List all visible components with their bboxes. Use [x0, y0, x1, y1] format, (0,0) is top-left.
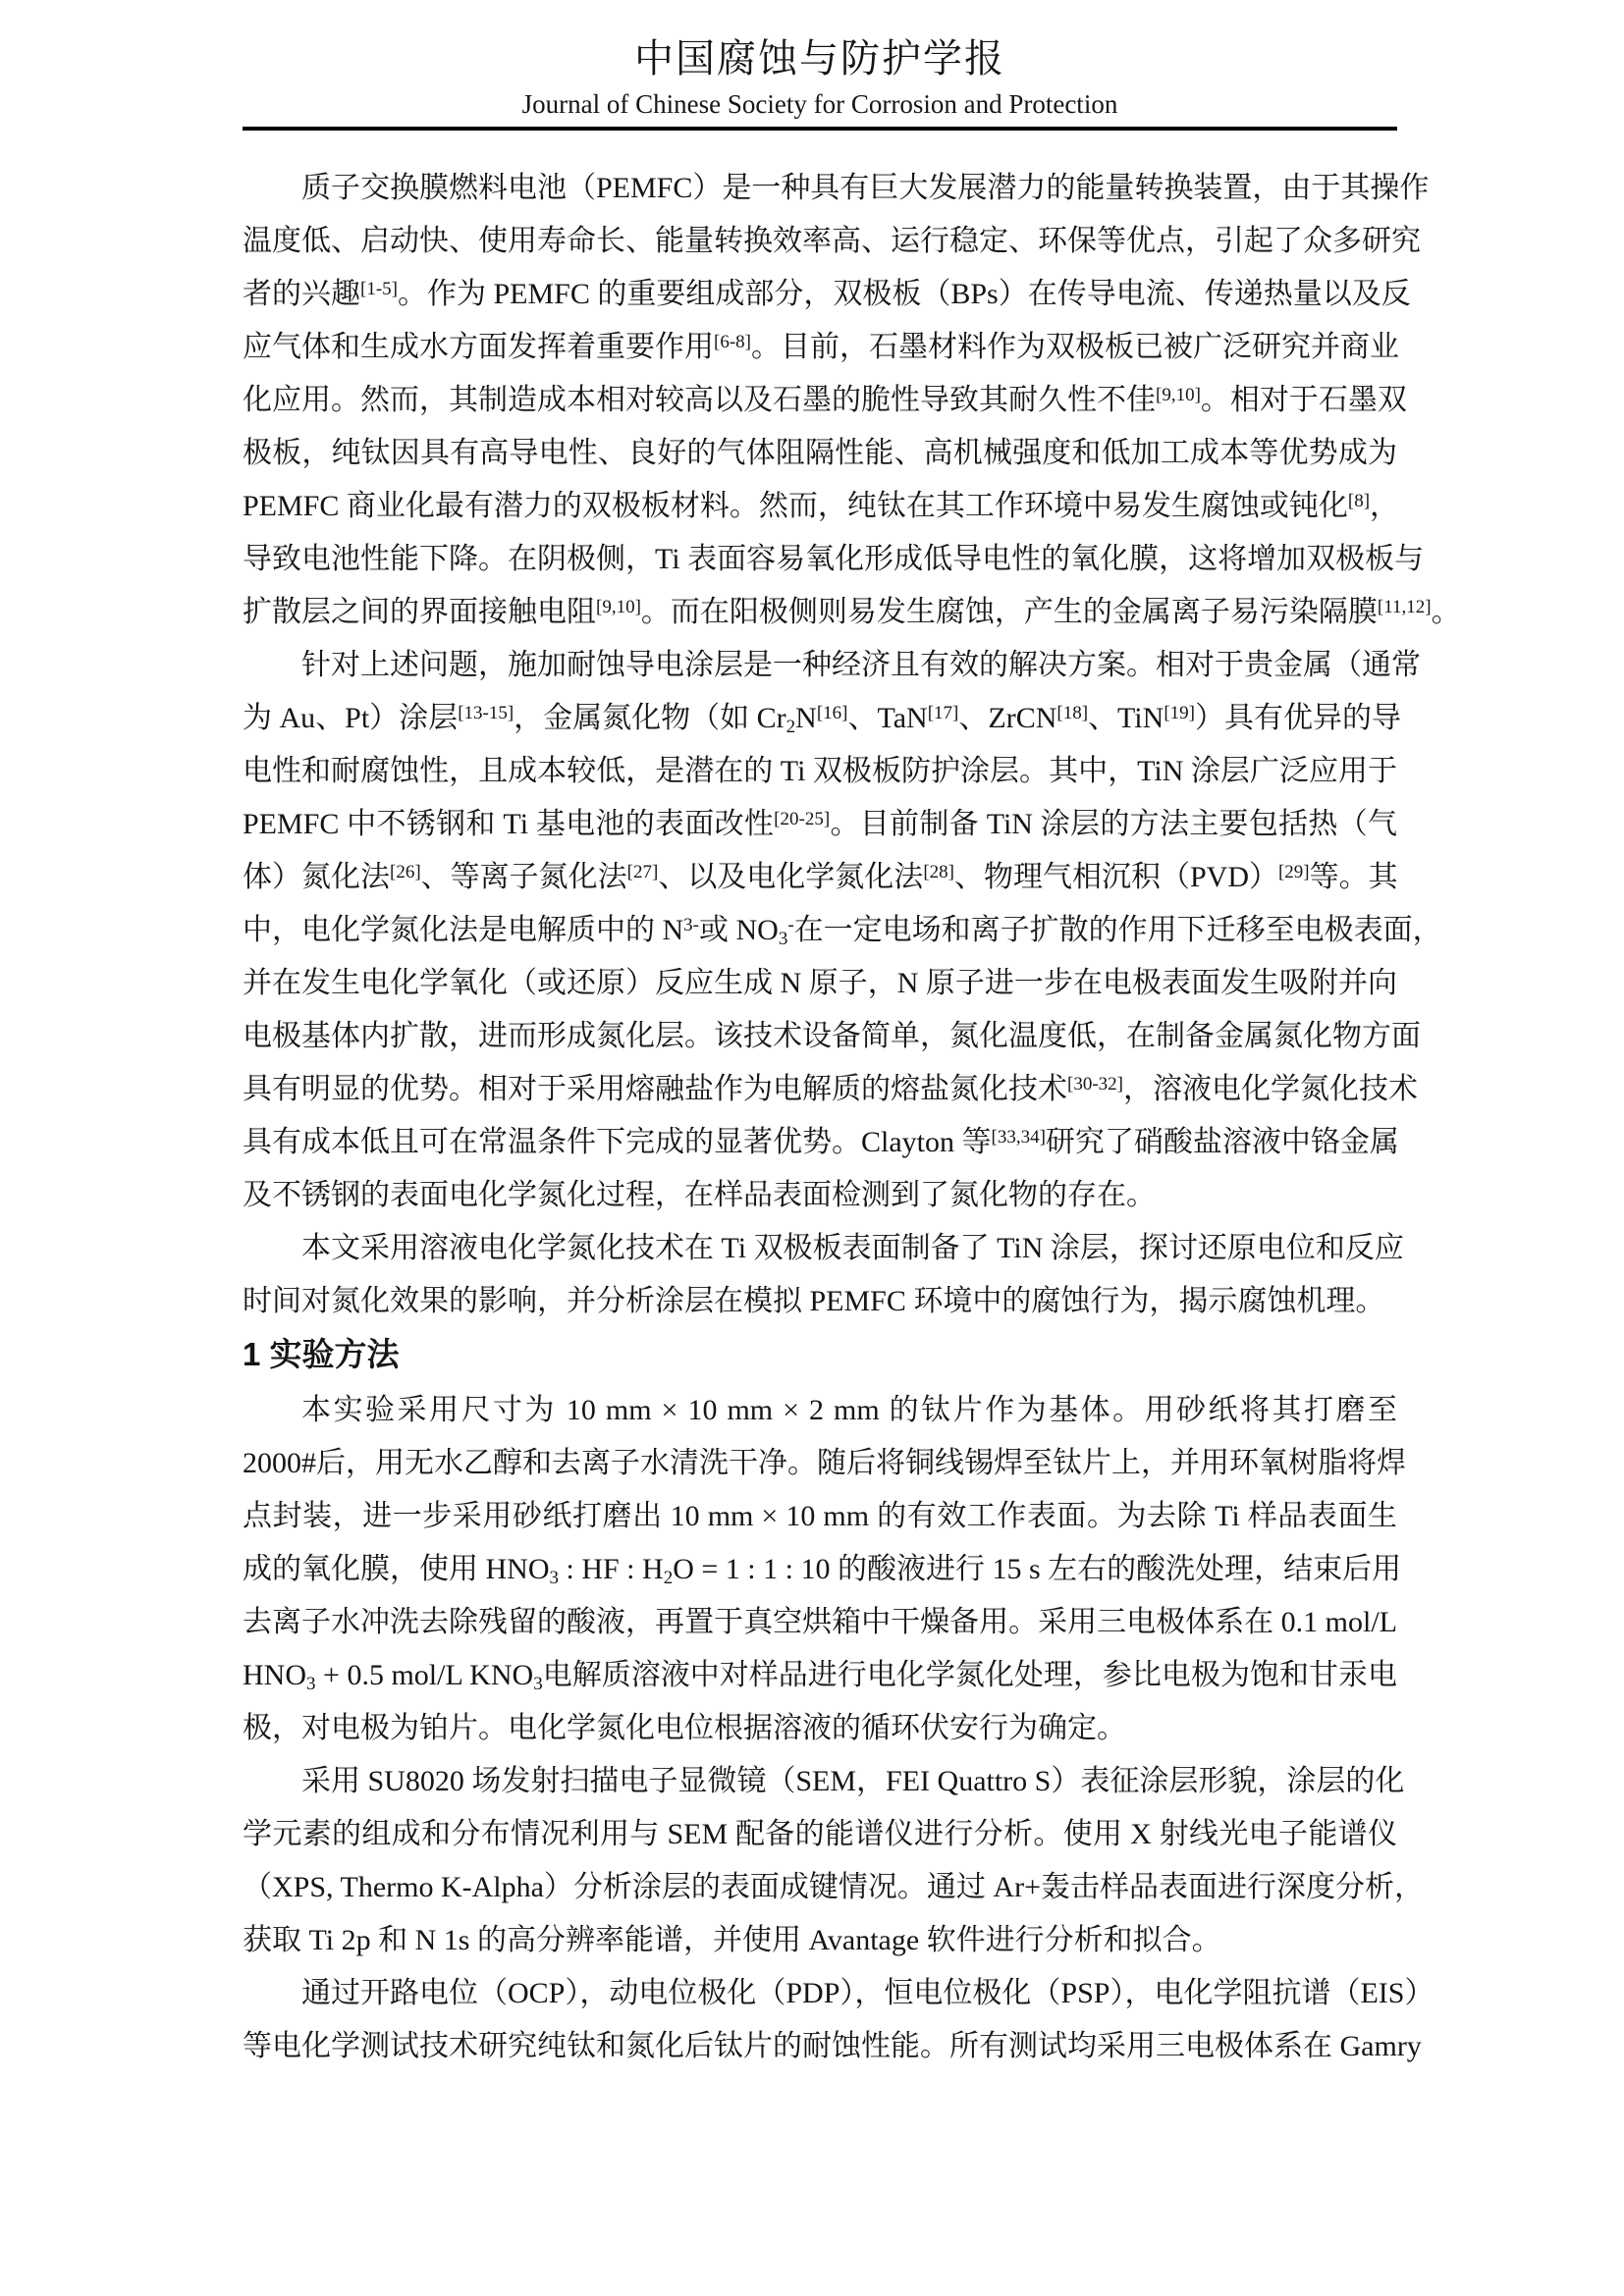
text-line: 具有成本低且可在常温条件下完成的显著优势。Clayton 等[33,34]研究了…	[243, 1116, 1397, 1169]
text-line: 时间对氮化效果的影响，并分析涂层在模拟 PEMFC 环境中的腐蚀行为，揭示腐蚀机…	[243, 1275, 1397, 1328]
text-line: HNO3 + 0.5 mol/L KNO3电解质溶液中对样品进行电化学氮化处理，…	[243, 1649, 1397, 1702]
text-line: 为 Au、Pt）涂层[13-15]，金属氮化物（如 Cr2N[16]、TaN[1…	[243, 692, 1397, 745]
reference-marker: [28]	[923, 862, 954, 882]
text-line: 等电化学测试技术研究纯钛和氮化后钛片的耐蚀性能。所有测试均采用三电极体系在 Ga…	[243, 2020, 1397, 2073]
chemical-subscript: 3	[533, 1674, 543, 1694]
text-line: 及不锈钢的表面电化学氮化过程，在样品表面检测到了氮化物的存在。	[243, 1169, 1397, 1222]
text-line: 去离子水冲洗去除残留的酸液，再置于真空烘箱中干燥备用。采用三电极体系在 0.1 …	[243, 1596, 1397, 1649]
section-heading: 1 实验方法	[243, 1328, 1397, 1381]
reference-marker: [33,34]	[992, 1127, 1046, 1148]
text-line: 温度低、启动快、使用寿命长、能量转换效率高、运行稳定、环保等优点，引起了众多研究	[243, 215, 1397, 268]
reference-marker: [11,12]	[1378, 597, 1432, 617]
text-line: 获取 Ti 2p 和 N 1s 的高分辨率能谱，并使用 Avantage 软件进…	[243, 1914, 1397, 1967]
paragraph: 通过开路电位（OCP），动电位极化（PDP），恒电位极化（PSP），电化学阻抗谱…	[243, 1967, 1397, 2073]
text-line: 2000#后，用无水乙醇和去离子水清洗干净。随后将铜线锡焊至钛片上，并用环氧树脂…	[243, 1437, 1397, 1490]
text-line: 并在发生电化学氧化（或还原）反应生成 N 原子，N 原子进一步在电极表面发生吸附…	[243, 957, 1397, 1010]
reference-marker: [27]	[627, 862, 659, 882]
text-line: 成的氧化膜，使用 HNO3 : HF : H2O = 1 : 1 : 10 的酸…	[243, 1543, 1397, 1596]
reference-marker: [16]	[817, 703, 848, 723]
text-line: 学元素的组成和分布情况利用与 SEM 配备的能谱仪进行分析。使用 X 射线光电子…	[243, 1808, 1397, 1861]
text-line: 扩散层之间的界面接触电阻[9,10]。而在阳极侧则易发生腐蚀，产生的金属离子易污…	[243, 586, 1397, 639]
reference-marker: [30-32]	[1067, 1074, 1123, 1095]
chemical-subscript: 3	[550, 1568, 560, 1588]
reference-marker: [20-25]	[774, 809, 830, 829]
document-body: 质子交换膜燃料电池（PEMFC）是一种具有巨大发展潜力的能量转换装置，由于其操作…	[243, 162, 1397, 2073]
journal-subtitle: Journal of Chinese Society for Corrosion…	[243, 89, 1397, 119]
text-line: 点封装，进一步采用砂纸打磨出 10 mm × 10 mm 的有效工作表面。为去除…	[243, 1490, 1397, 1543]
text-line: （XPS, Thermo K-Alpha）分析涂层的表面成键情况。通过 Ar+轰…	[243, 1861, 1397, 1914]
paragraph: 采用 SU8020 场发射扫描电子显微镜（SEM，FEI Quattro S）表…	[243, 1755, 1397, 1967]
document-page: { "colors":{ "text":"#151515", "rule":"#…	[0, 0, 1624, 2296]
header-rule	[243, 127, 1397, 131]
paragraph: 质子交换膜燃料电池（PEMFC）是一种具有巨大发展潜力的能量转换装置，由于其操作…	[243, 162, 1397, 639]
text-line: 者的兴趣[1-5]。作为 PEMFC 的重要组成部分，双极板（BPs）在传导电流…	[243, 268, 1397, 321]
paragraph: 针对上述问题，施加耐蚀导电涂层是一种经济且有效的解决方案。相对于贵金属（通常为 …	[243, 639, 1397, 1222]
text-line: PEMFC 商业化最有潜力的双极板材料。然而，纯钛在其工作环境中易发生腐蚀或钝化…	[243, 480, 1397, 533]
text-line: 通过开路电位（OCP），动电位极化（PDP），恒电位极化（PSP），电化学阻抗谱…	[243, 1967, 1397, 2020]
text-line: 导致电池性能下降。在阴极侧，Ti 表面容易氧化形成低导电性的氧化膜，这将增加双极…	[243, 533, 1397, 586]
reference-marker: [8]	[1348, 491, 1370, 511]
reference-marker: [9,10]	[596, 597, 641, 617]
text-line: 极，对电极为铂片。电化学氮化电位根据溶液的循环伏安行为确定。	[243, 1702, 1397, 1755]
reference-marker: 3-	[683, 915, 699, 935]
reference-marker: [6-8]	[714, 332, 751, 352]
paragraph: 本文采用溶液电化学氮化技术在 Ti 双极板表面制备了 TiN 涂层，探讨还原电位…	[243, 1222, 1397, 1328]
reference-marker: [18]	[1056, 703, 1088, 723]
reference-marker: -	[787, 915, 793, 935]
reference-marker: [13-15]	[458, 703, 514, 723]
paragraph: 本实验采用尺寸为 10 mm × 10 mm × 2 mm 的钛片作为基体。用砂…	[243, 1384, 1397, 1755]
reference-marker: [29]	[1278, 862, 1310, 882]
text-line: 具有明显的优势。相对于采用熔融盐作为电解质的熔盐氮化技术[30-32]，溶液电化…	[243, 1063, 1397, 1116]
text-line: 应气体和生成水方面发挥着重要作用[6-8]。目前，石墨材料作为双极板已被广泛研究…	[243, 321, 1397, 374]
reference-marker: [26]	[390, 862, 421, 882]
page-content: 中国腐蚀与防护学报 Journal of Chinese Society for…	[243, 0, 1397, 2073]
text-line: 采用 SU8020 场发射扫描电子显微镜（SEM，FEI Quattro S）表…	[243, 1755, 1397, 1808]
text-line: 质子交换膜燃料电池（PEMFC）是一种具有巨大发展潜力的能量转换装置，由于其操作	[243, 162, 1397, 215]
text-line: 电极基体内扩散，进而形成氮化层。该技术设备简单，氮化温度低，在制备金属氮化物方面	[243, 1010, 1397, 1063]
text-line: 中，电化学氮化法是电解质中的 N3-或 NO3-在一定电场和离子扩散的作用下迁移…	[243, 904, 1397, 957]
text-line: 电性和耐腐蚀性，且成本较低，是潜在的 Ti 双极板防护涂层。其中，TiN 涂层广…	[243, 745, 1397, 798]
journal-title: 中国腐蚀与防护学报	[243, 37, 1397, 80]
text-line: 针对上述问题，施加耐蚀导电涂层是一种经济且有效的解决方案。相对于贵金属（通常	[243, 639, 1397, 692]
text-line: 本实验采用尺寸为 10 mm × 10 mm × 2 mm 的钛片作为基体。用砂…	[243, 1384, 1397, 1437]
chemical-subscript: 2	[786, 717, 796, 737]
reference-marker: [1-5]	[360, 279, 398, 299]
chemical-subscript: 3	[306, 1674, 316, 1694]
reference-marker: [19]	[1164, 703, 1195, 723]
chemical-subscript: 2	[664, 1568, 674, 1588]
text-line: 极板，纯钛因具有高导电性、良好的气体阻隔性能、高机械强度和低加工成本等优势成为	[243, 427, 1397, 480]
text-line: 化应用。然而，其制造成本相对较高以及石墨的脆性导致其耐久性不佳[9,10]。相对…	[243, 374, 1397, 427]
text-line: PEMFC 中不锈钢和 Ti 基电池的表面改性[20-25]。目前制备 TiN …	[243, 798, 1397, 851]
text-line: 本文采用溶液电化学氮化技术在 Ti 双极板表面制备了 TiN 涂层，探讨还原电位…	[243, 1222, 1397, 1275]
text-line: 体）氮化法[26]、等离子氮化法[27]、以及电化学氮化法[28]、物理气相沉积…	[243, 851, 1397, 904]
journal-header: 中国腐蚀与防护学报 Journal of Chinese Society for…	[243, 0, 1397, 131]
chemical-subscript: 3	[779, 929, 788, 949]
reference-marker: [17]	[928, 703, 959, 723]
reference-marker: [9,10]	[1156, 385, 1201, 405]
